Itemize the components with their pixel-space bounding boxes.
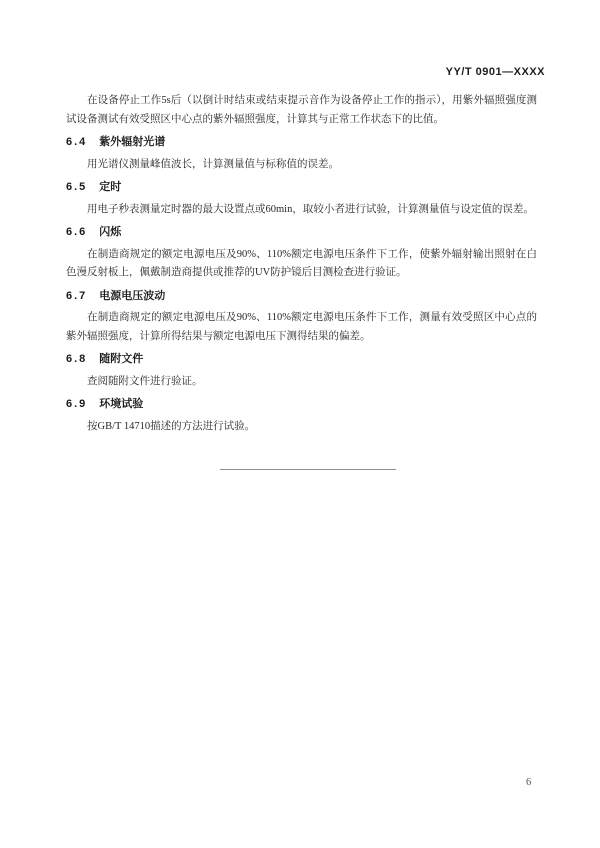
section-title: 随附文件	[99, 353, 143, 365]
section-paragraph-6-4: 用光谱仪测量峰值波长，计算测量值与标称值的误差。	[66, 156, 537, 175]
document-page: YY/T 0901—XXXX 在设备停止工作5s后（以倒计时结束或结束提示音作为…	[0, 0, 600, 848]
section-heading-6-4: 6.4紫外辐射光谱	[66, 133, 537, 152]
page-number: 6	[526, 777, 531, 788]
section-title: 紫外辐射光谱	[99, 136, 165, 148]
section-heading-6-6: 6.6闪烁	[66, 223, 537, 242]
section-number: 6.7	[66, 290, 87, 302]
document-body: 在设备停止工作5s后（以倒计时结束或结束提示音作为设备停止工作的指示），用紫外辐…	[66, 92, 537, 470]
section-heading-6-9: 6.9环境试验	[66, 395, 537, 414]
section-title: 电源电压波动	[99, 290, 165, 302]
section-paragraph-6-6: 在制造商规定的额定电源电压及90%、110%额定电源电压条件下工作，使紫外辐射输…	[66, 246, 537, 283]
section-number: 6.5	[66, 181, 87, 193]
intro-paragraph: 在设备停止工作5s后（以倒计时结束或结束提示音作为设备停止工作的指示），用紫外辐…	[66, 92, 537, 129]
section-paragraph-6-5: 用电子秒表测量定时器的最大设置点或60min，取较小者进行试验，计算测量值与设定…	[66, 201, 537, 220]
section-number: 6.9	[66, 398, 87, 410]
section-title: 环境试验	[99, 398, 143, 410]
end-of-document-rule	[220, 469, 396, 470]
section-number: 6.4	[66, 136, 87, 148]
section-heading-6-7: 6.7电源电压波动	[66, 287, 537, 306]
section-heading-6-5: 6.5定时	[66, 178, 537, 197]
section-title: 定时	[99, 181, 121, 193]
section-title: 闪烁	[99, 226, 121, 238]
standard-number-header: YY/T 0901—XXXX	[446, 66, 545, 78]
section-number: 6.8	[66, 353, 87, 365]
section-number: 6.6	[66, 226, 87, 238]
section-paragraph-6-9: 按GB/T 14710描述的方法进行试验。	[66, 418, 537, 437]
section-paragraph-6-8: 查阅随附文件进行验证。	[66, 373, 537, 392]
section-paragraph-6-7: 在制造商规定的额定电源电压及90%、110%额定电源电压条件下工作，测量有效受照…	[66, 309, 537, 346]
section-heading-6-8: 6.8随附文件	[66, 350, 537, 369]
